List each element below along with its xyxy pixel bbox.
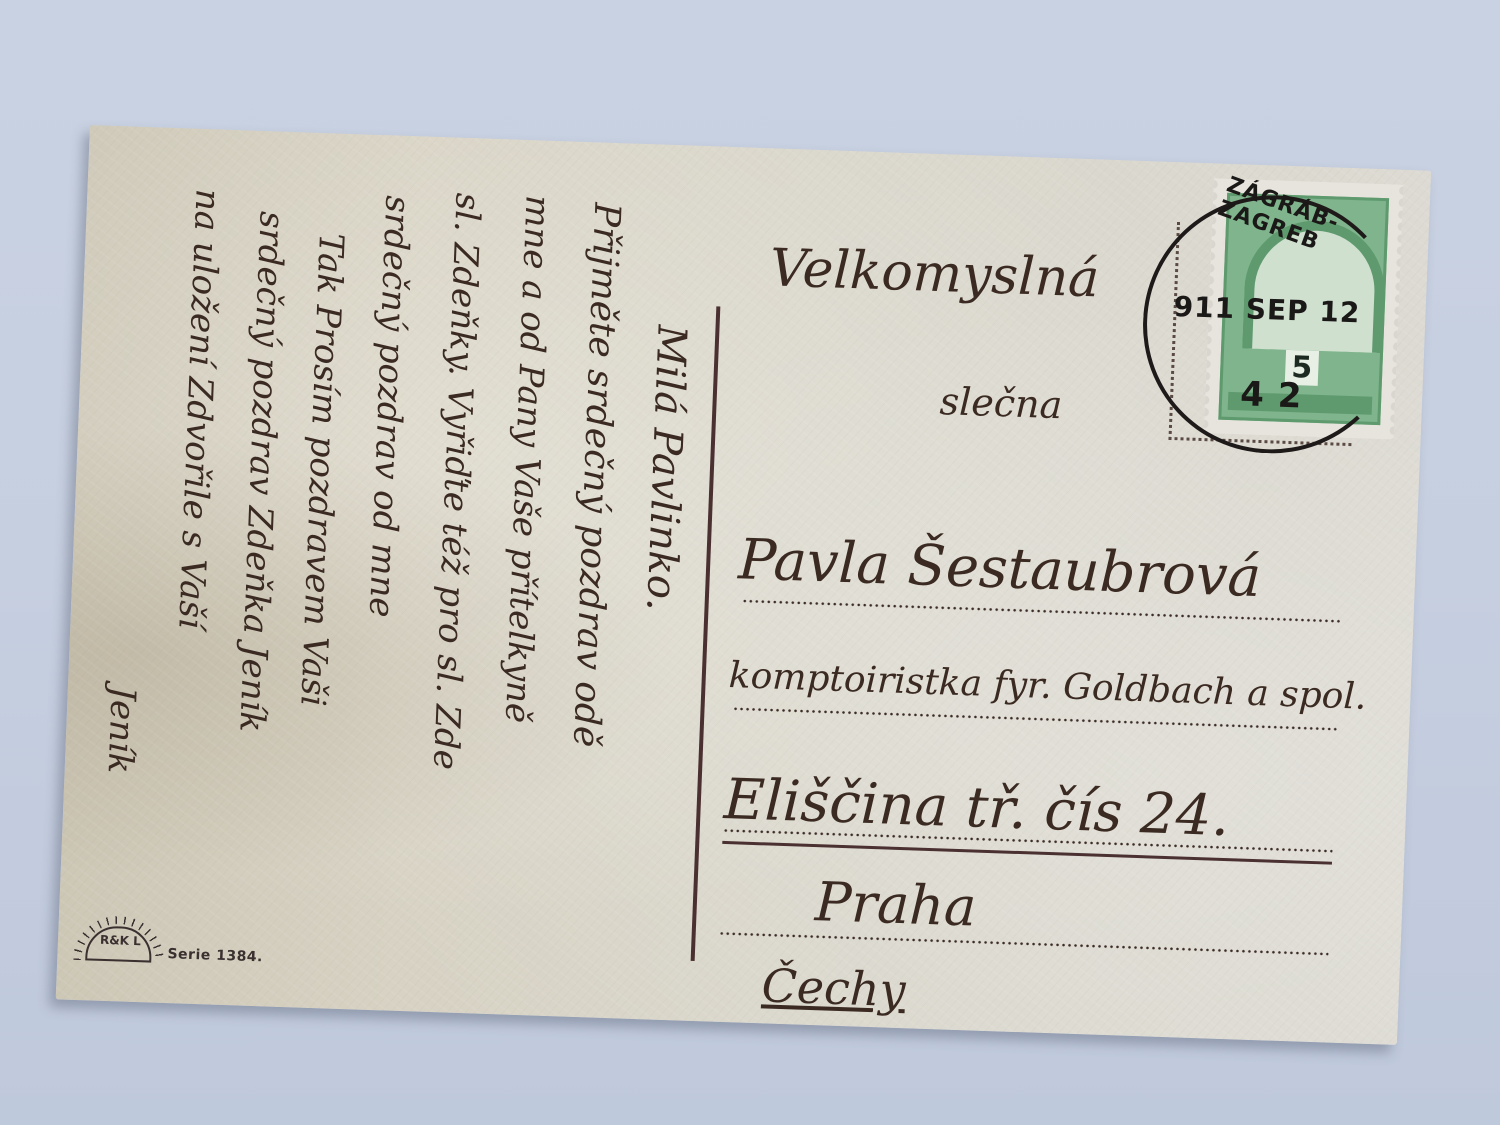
message-line: Milá Pavlinko. [637, 324, 694, 612]
postmark-bottom-text: 4 2 [1240, 374, 1304, 416]
message-line: sl. Zdeňky. Vyřiďte též pro sl. Zde [425, 192, 488, 770]
message-signature: Jeník [100, 686, 143, 774]
message-line: na uložení Zdvořile s Vaší [170, 188, 227, 629]
message-line: srdečný pozdrav Zdeňka Jeník [231, 211, 291, 733]
postcard-photo: Milá Pavlinko. Přijměte srdečný pozdrav … [0, 0, 1500, 1125]
address-line-4 [719, 932, 1329, 956]
message-line: srdečný pozdrav od mne [361, 195, 418, 618]
logo-text: R&K L [100, 933, 141, 948]
message-line: Tak Prosím pozdravem Vaši [292, 233, 351, 708]
postcard: Milá Pavlinko. Přijměte srdečný pozdrav … [56, 125, 1432, 1045]
center-divider [691, 306, 721, 961]
message-line: Přijměte srdečný pozdrav odě [565, 202, 627, 748]
series-label: Serie 1384. [167, 946, 263, 965]
publisher-logo: R&K L [85, 925, 152, 962]
postmark-date: 911 SEP 12 [1173, 290, 1361, 329]
address-name: Pavla Šestaubrová [737, 527, 1262, 610]
message-line: mne a od Pany Vaše přítelkyně [497, 195, 558, 724]
address-country: Čechy [761, 958, 907, 1017]
address-line-3-solid [722, 841, 1332, 865]
address-title: slečna [939, 379, 1063, 427]
address-salutation: Velkomyslná [769, 238, 1101, 309]
address-city: Praha [814, 870, 978, 938]
address-occupation: komptoiristka fyr. Goldbach a spol. [728, 655, 1367, 718]
